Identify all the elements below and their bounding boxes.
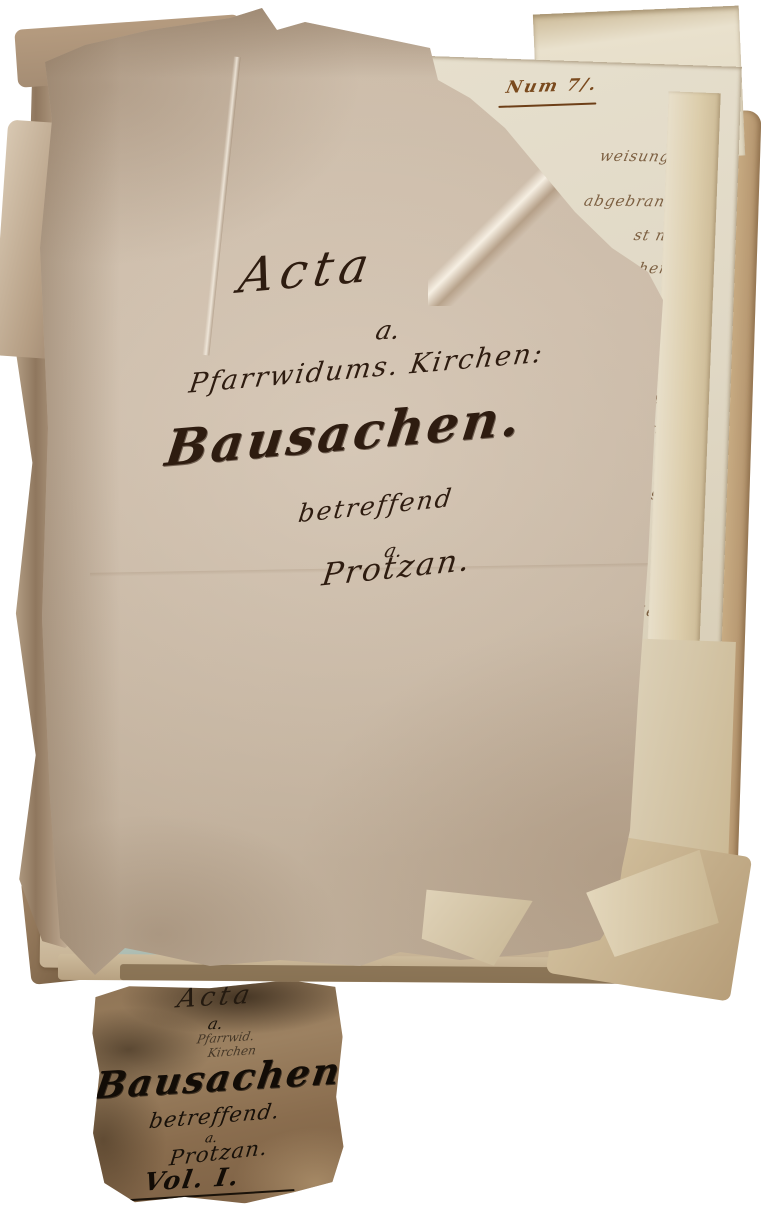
page-number-annotation: Num 7/.	[504, 75, 600, 98]
label-a: a.	[206, 1016, 224, 1032]
title-bausachen: Bausachen.	[124, 389, 563, 477]
bottom-label-tag: Acta a. Pfarrwid. Kirchen Bausachen betr…	[89, 977, 347, 1205]
title-betreffend: betreffend	[268, 482, 483, 529]
title-a: a.	[373, 317, 402, 344]
label-acta: Acta	[143, 980, 289, 1015]
label-bausachen: Bausachen	[92, 1052, 343, 1104]
archival-document-photo: Num 7/. weisung der abgebrannten st nach…	[0, 0, 761, 1205]
label-betreffend: betreffend.	[132, 1100, 297, 1134]
annotation-underline	[498, 102, 596, 107]
title-protzan: Protzan.	[294, 542, 500, 594]
title-acta: Acta	[187, 236, 427, 304]
